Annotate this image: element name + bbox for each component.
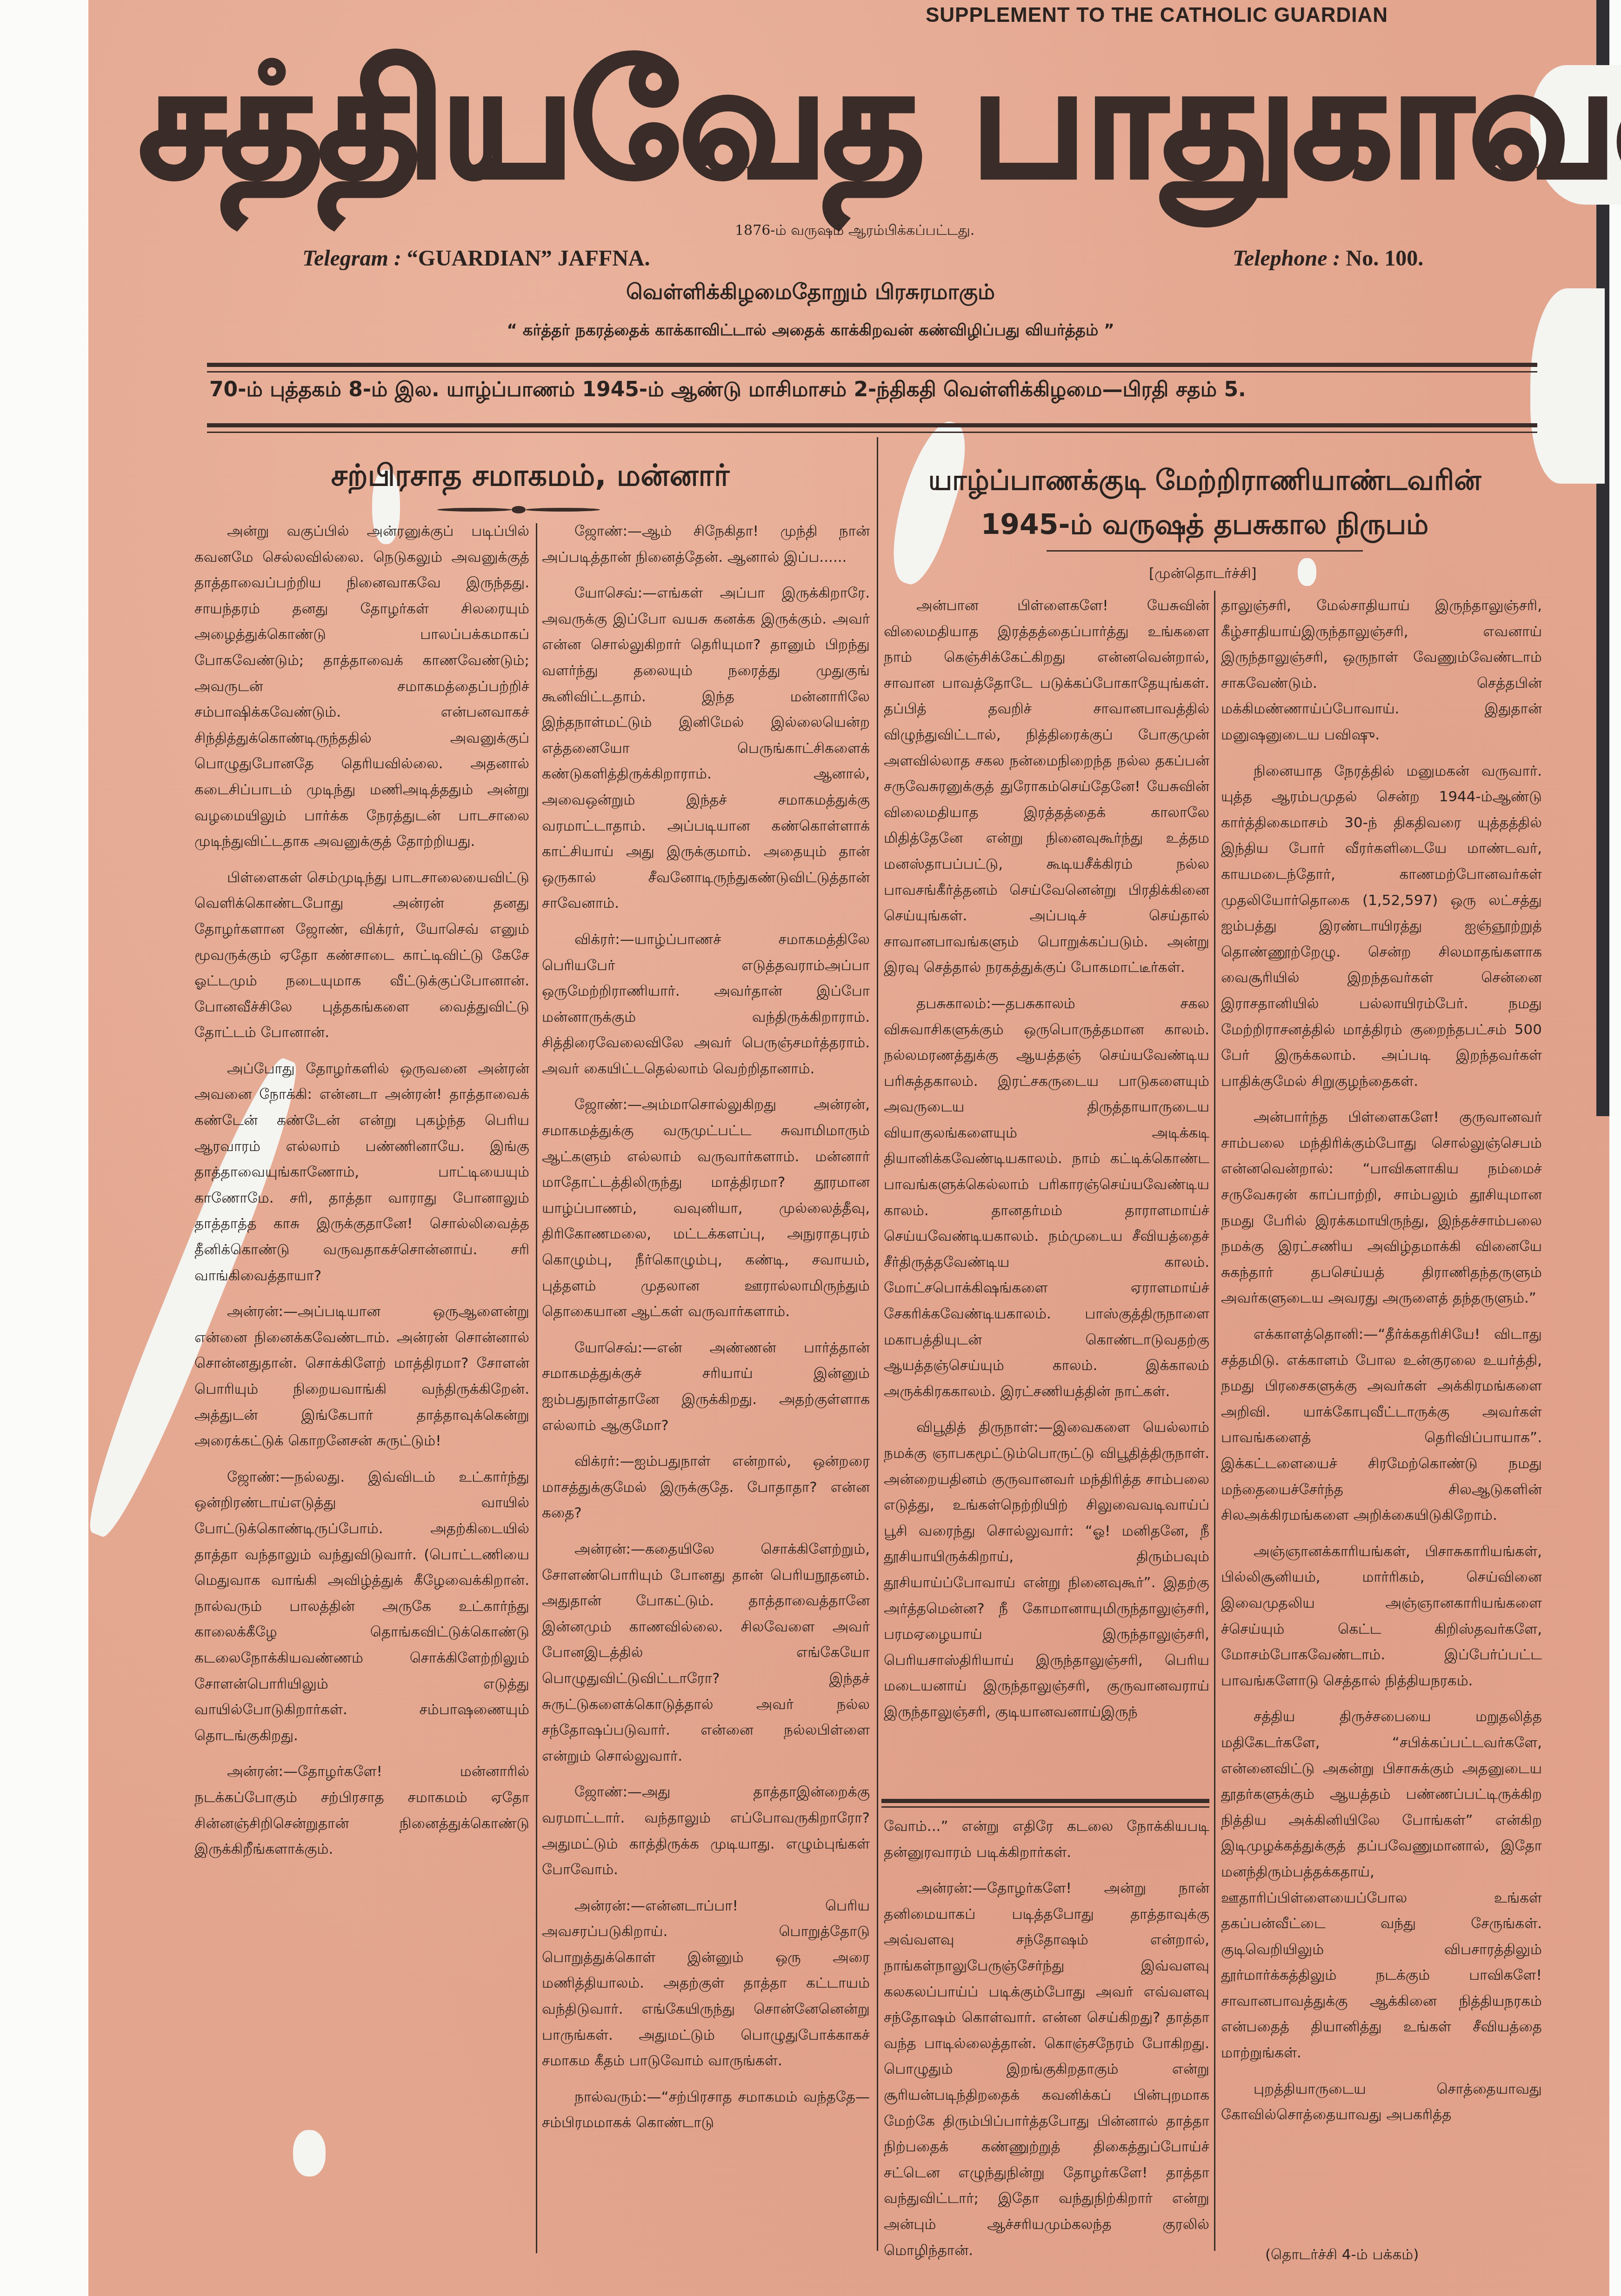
right-article-headline-1: யாழ்ப்பாணக்குடி மேற்றிராணியாண்டவரின் [879, 458, 1530, 503]
paragraph: அன்பான பிள்ளைகளே! யேசுவின் விலைமதியாத இர… [884, 593, 1209, 981]
telegram-label: Telegram : [302, 246, 401, 271]
rule-top-thick [207, 363, 1537, 367]
paragraph: அஞ்ஞானக்காரியங்கள், பிசாசுகாரியங்கள், பி… [1221, 1539, 1542, 1694]
right-article-column-1: அன்பான பிள்ளைகளே! யேசுவின் விலைமதியாத இர… [884, 593, 1209, 1760]
established-note: 1876-ம் வருஷம் ஆரம்பிக்கப்பட்டது. [735, 222, 974, 240]
left-article-column-1: அன்று வகுப்பில் அன்ரனுக்குப் படிப்பில் க… [194, 519, 529, 1873]
paragraph: அன்ரன்:—என்னடாப்பா! பெரிய அவசரப்படுகிறாய… [542, 1893, 870, 2074]
headline-ornament [437, 508, 512, 512]
hole-right-1 [1298, 558, 1316, 586]
left-article-continuation-column: வோம்...” என்று எதிரே கடலை நோக்கியபடி தன்… [884, 1814, 1209, 2274]
paragraph: எக்காளத்தொனி:—“தீர்க்கதரிசியே! விடாது சத… [1221, 1322, 1542, 1529]
paragraph: விக்ரர்:—ஐம்பதுநாள் என்றால், ஒன்றரை மாசத… [542, 1449, 870, 1526]
column-divider [1214, 591, 1215, 2251]
paragraph: நினையாத நேரத்தில் மனுமகன் வருவார். யுத்த… [1221, 759, 1542, 1095]
tear-right [1530, 288, 1605, 484]
headline-ornament [526, 508, 600, 512]
headline-ornament-rule [1047, 550, 1363, 552]
paragraph: பிள்ளைகள் செம்முடிந்து பாடசாலையைவிட்டு வ… [194, 865, 529, 1046]
rule-mid-thick [207, 423, 1537, 427]
paragraph: விக்ரர்:—யாழ்ப்பாணச் சமாகமத்திலே பெரியபே… [542, 927, 870, 1082]
paragraph: அன்று வகுப்பில் அன்ரனுக்குப் படிப்பில் க… [194, 519, 529, 855]
supplement-label: SUPPLEMENT TO THE CATHOLIC GUARDIAN [926, 4, 1388, 27]
telephone-value: No. 100. [1346, 246, 1424, 271]
left-article-headline: சற்பிரசாத சமாகமம், மன்னார் [200, 453, 861, 498]
masthead-title: சத்தியவேத பாதுகாவலன் [140, 28, 1600, 214]
paragraph: தபசுகாலம்:—தபசுகாலம் சகல விசுவாசிகளுக்கு… [884, 991, 1209, 1405]
paragraph: வோம்...” என்று எதிரே கடலை நோக்கியபடி தன்… [884, 1814, 1209, 1865]
paragraph: அப்போது தோழர்களில் ஒருவனை அன்ரன் அவனை நோ… [194, 1056, 529, 1289]
telegram-value: “GUARDIAN” JAFFNA. [407, 246, 650, 271]
paragraph: தாலுஞ்சரி, மேல்சாதியாய் இருந்தாலுஞ்சரி, … [1221, 593, 1542, 748]
paragraph: புறத்தியாருடைய சொத்தையாவது கோவில்சொத்தைய… [1221, 2076, 1542, 2128]
paragraph: ஜோண்:—அம்மாசொல்லுகிறது அன்ரன், சமாகமத்து… [542, 1092, 870, 1324]
right-article-headline-2: 1945-ம் வருஷத் தபசுகால நிருபம் [879, 502, 1530, 547]
paragraph: அன்ரன்:—தோழர்களே! மன்னாரில் நடக்கப்போகும… [194, 1759, 529, 1862]
motto: “ கர்த்தர் நகரத்தைக் காக்காவிட்டால் அதைக… [0, 321, 1621, 341]
section-break-rule [881, 1799, 1209, 1803]
paragraph: நால்வரும்:—“சற்பிரசாத சமாகமம் வந்ததே—சம்… [542, 2084, 870, 2136]
issue-dateline: 70-ம் புத்தகம் 8-ம் இல. யாழ்ப்பாணம் 1945… [209, 378, 1246, 404]
left-article-column-2: ஜோண்:—ஆம் சிநேகிதா! முந்தி நான் அப்படித்… [542, 519, 870, 2146]
article-divider [877, 437, 878, 2251]
paragraph: ஜோண்:—ஆம் சிநேகிதா! முந்தி நான் அப்படித்… [542, 519, 870, 570]
paragraph: அன்ரன்:—தோழர்களே! அன்று நான் தனிமையாகப் … [884, 1876, 1209, 2263]
headline-ornament [512, 506, 526, 513]
right-article-column-2: தாலுஞ்சரி, மேல்சாதியாய் இருந்தாலுஞ்சரி, … [1221, 593, 1542, 2207]
paragraph: அன்ரன்:—அப்படியான ஒருஆளைன்று என்னை நினைக… [194, 1299, 529, 1454]
column-divider [536, 523, 537, 2253]
paragraph: விபூதித் திருநாள்:—இவைகளை யெல்லாம் நமக்க… [884, 1415, 1209, 1725]
rule-top-thin [207, 371, 1537, 373]
paragraph: ஜோண்:—அது தாத்தாஇன்றைக்கு வரமாட்டார். வந… [542, 1779, 870, 1883]
continued-on-page-note: (தொடர்ச்சி 4-ம் பக்கம்) [1265, 2246, 1419, 2265]
paragraph: யோசெவ்:—என் அண்ணன் பார்த்தான் சமாகமத்துக… [542, 1335, 870, 1438]
hole-bottom-left [293, 2130, 326, 2176]
telegram-info: Telegram : “GUARDIAN” JAFFNA. [302, 246, 650, 271]
rule-mid-thin [207, 432, 1537, 433]
section-break-rule-thin [881, 1806, 1209, 1808]
paragraph: அன்ரன்:—கதையிலே சொக்கிளேற்றும், சோளண்பொர… [542, 1537, 870, 1769]
paragraph: அன்பார்ந்த பிள்ளைகளே! குருவானவர் சாம்பலை… [1221, 1105, 1542, 1311]
paragraph: சத்திய திருச்சபையை மறுதலித்த மதிகேடர்களே… [1221, 1704, 1542, 2066]
publication-frequency: வெள்ளிக்கிழமைதோறும் பிரசுரமாகும் [0, 279, 1621, 307]
paragraph: யோசெவ்:—எங்கள் அப்பா இருக்கிறாரே. அவருக்… [542, 580, 870, 917]
telephone-label: Telephone : [1233, 246, 1341, 271]
paragraph: ஜோண்:—நல்லது. இவ்விடம் உட்கார்ந்து ஒன்றி… [194, 1464, 529, 1749]
continuation-label: [முன்தொடர்ச்சி] [1149, 565, 1257, 584]
telephone-info: Telephone : No. 100. [1233, 246, 1423, 271]
